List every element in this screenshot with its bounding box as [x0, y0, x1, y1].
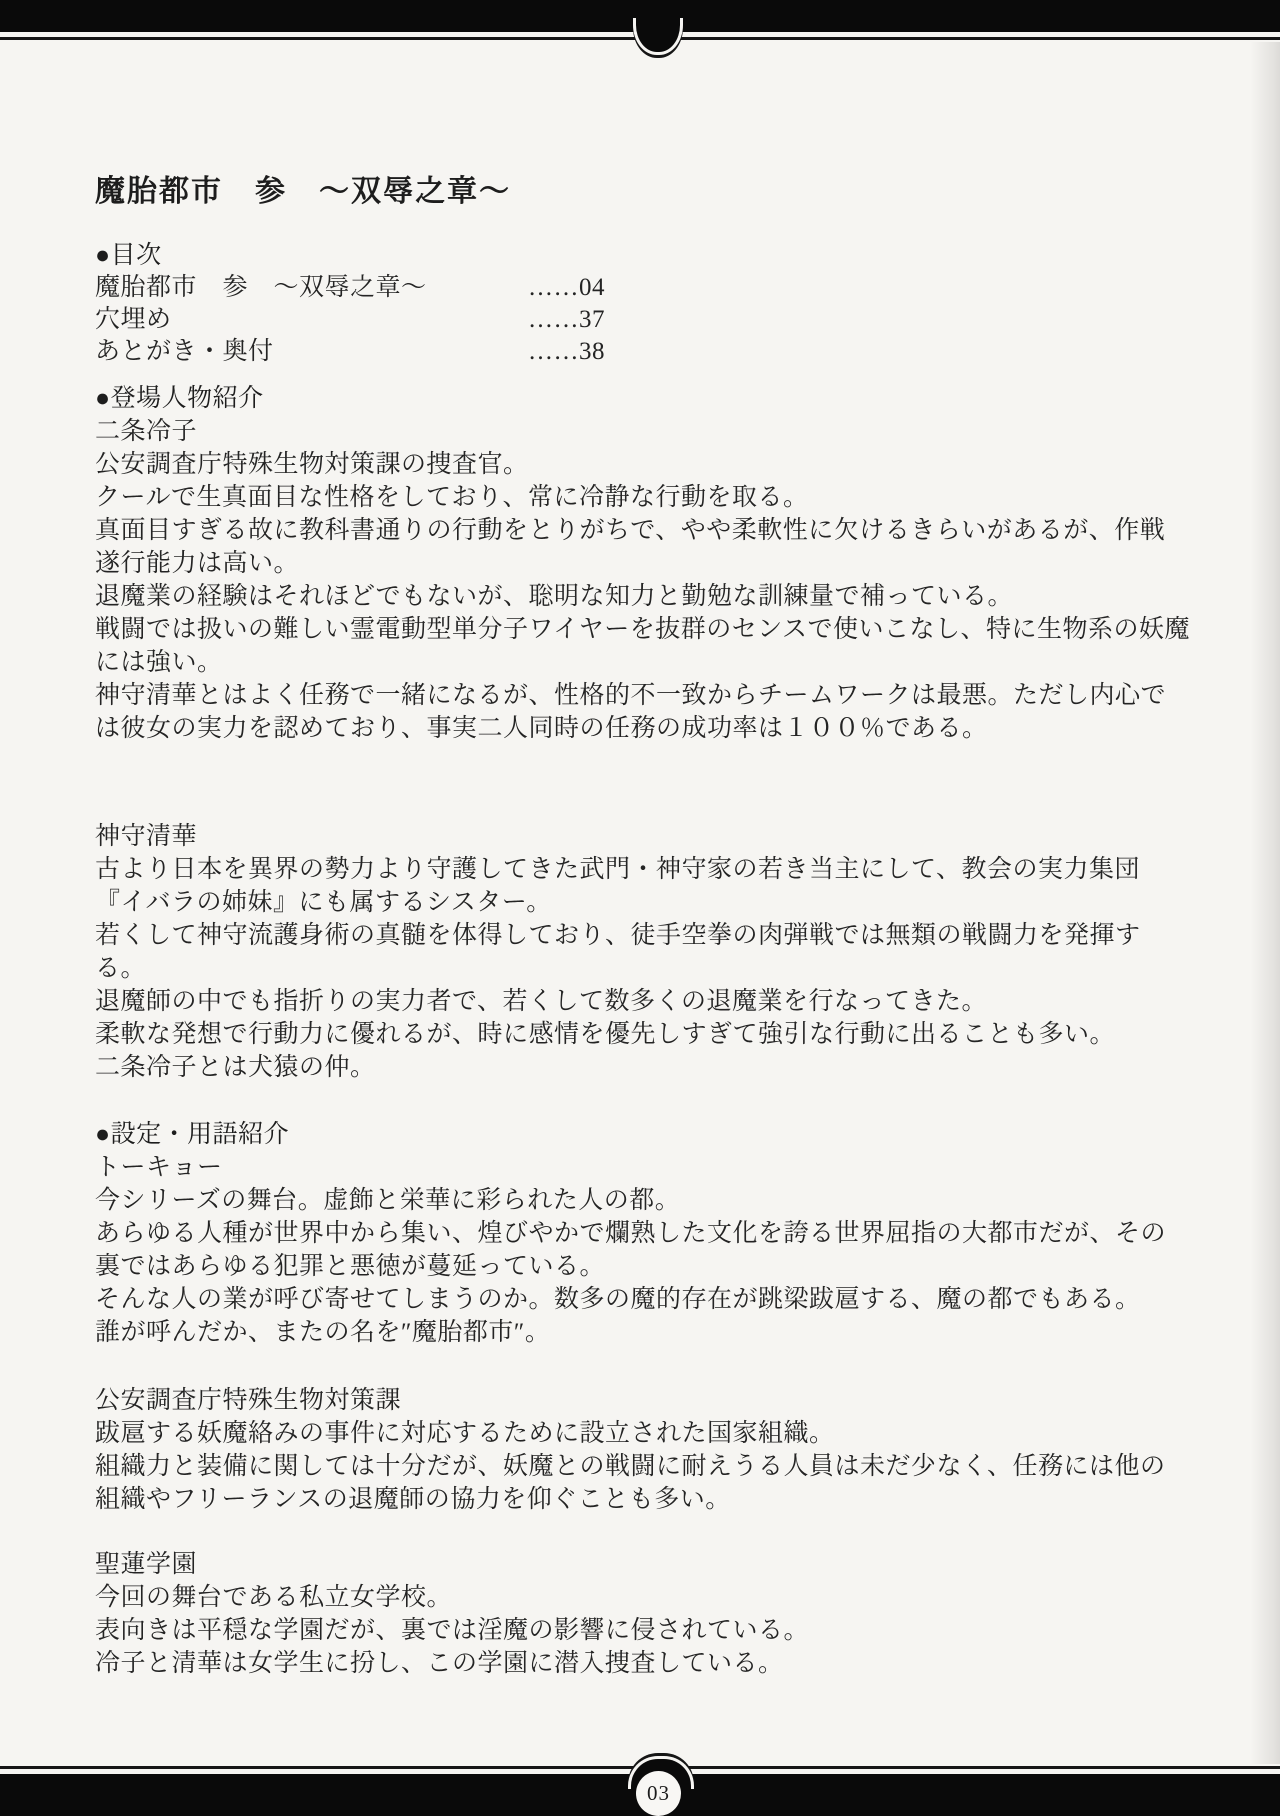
toc-page-number: 38 — [579, 338, 605, 365]
scan-edge-shadow — [1250, 42, 1280, 1764]
toc-leader-dots: …… — [528, 274, 579, 301]
toc-leader-dots: …… — [528, 338, 579, 365]
character-description: 若くして神守流護身術の真髄を体得しており、徒手空拳の肉弾戦では無類の戦闘力を発揮… — [95, 919, 1190, 985]
character-description: 戦闘では扱いの難しい霊電動型単分子ワイヤーを抜群のセンスで使いこなし、特に生物系… — [95, 613, 1190, 679]
setting-description: 跋扈する妖魔絡みの事件に対応するために設立された国家組織。 — [95, 1417, 1190, 1450]
character-intro-section: ●登場人物紹介 二条冷子 公安調査庁特殊生物対策課の捜査官。 クールで生真面目な… — [95, 382, 1190, 745]
setting-description: 今シリーズの舞台。虚飾と栄華に彩られた人の都。 — [95, 1184, 1190, 1217]
setting-description: あらゆる人種が世界中から集い、煌びやかで爛熟した文化を誇る世界屈指の大都市だが、… — [95, 1217, 1190, 1283]
setting-intro-section: 公安調査庁特殊生物対策課 跋扈する妖魔絡みの事件に対応するために設立された国家組… — [95, 1384, 1190, 1516]
toc-heading: ●目次 — [95, 240, 1190, 272]
character-description: 柔軟な発想で行動力に優れるが、時に感情を優先しすぎて強引な行動に出ることも多い。 — [95, 1018, 1190, 1051]
character-description: 神守清華とはよく任務で一緒になるが、性格的不一致からチームワークは最悪。ただし内… — [95, 679, 1190, 745]
setting-description: そんな人の業が呼び寄せてしまうのか。数多の魔的存在が跳梁跋扈する、魔の都でもある… — [95, 1283, 1190, 1316]
character-description: クールで生真面目な性格をしており、常に冷静な行動を取る。 — [95, 481, 1190, 514]
character-intro-section: 神守清華 古より日本を異界の勢力より守護してきた武門・神守家の若き当主にして、教… — [95, 820, 1190, 1084]
character-description: 退魔師の中でも指折りの実力者で、若くして数多くの退魔業を行なってきた。 — [95, 985, 1190, 1018]
setting-intro-section: 聖蓮学園 今回の舞台である私立女学校。 表向きは平穏な学園だが、裏では淫魔の影響… — [95, 1548, 1190, 1680]
scanned-document-page: { "page": { "title": "魔胎都市 参 ～双辱之章～", "p… — [0, 0, 1280, 1816]
page-number-badge: 03 — [636, 1771, 681, 1816]
toc-leader-dots: …… — [528, 306, 579, 333]
setting-term-name: 公安調査庁特殊生物対策課 — [95, 1384, 1190, 1417]
character-description: 二条冷子とは犬猿の仲。 — [95, 1051, 1190, 1084]
character-description: 真面目すぎる故に教科書通りの行動をとりがちで、やや柔軟性に欠けるきらいがあるが、… — [95, 514, 1190, 580]
toc-item-page: ……38 — [528, 336, 605, 368]
toc-page-number: 04 — [579, 274, 605, 301]
setting-term-name: トーキョー — [95, 1151, 1190, 1184]
top-border-ornament-icon — [633, 18, 683, 55]
character-description: 公安調査庁特殊生物対策課の捜査官。 — [95, 448, 1190, 481]
setting-description: 組織力と装備に関しては十分だが、妖魔との戦闘に耐えうる人員は未だ少なく、任務には… — [95, 1450, 1190, 1516]
setting-description: 今回の舞台である私立女学校。 — [95, 1581, 1190, 1614]
toc-item-page: ……37 — [528, 304, 605, 336]
toc-item-label: 穴埋め — [95, 306, 172, 333]
page-title: 魔胎都市 参 ～双辱之章～ — [95, 172, 511, 212]
table-of-contents: ●目次 魔胎都市 参 ～双辱之章～ ……04 穴埋め ……37 あとがき・奥付 … — [95, 240, 1190, 368]
toc-item-page: ……04 — [528, 272, 605, 304]
setting-description: 冷子と清華は女学生に扮し、この学園に潜入捜査している。 — [95, 1647, 1190, 1680]
character-name: 神守清華 — [95, 820, 1190, 853]
character-description: 古より日本を異界の勢力より守護してきた武門・神守家の若き当主にして、教会の実力集… — [95, 853, 1190, 919]
setting-intro-section: ●設定・用語紹介 トーキョー 今シリーズの舞台。虚飾と栄華に彩られた人の都。 あ… — [95, 1118, 1190, 1349]
setting-term-name: 聖蓮学園 — [95, 1548, 1190, 1581]
toc-item: あとがき・奥付 ……38 — [95, 336, 1190, 368]
setting-section-heading: ●設定・用語紹介 — [95, 1118, 1190, 1151]
setting-description: 誰が呼んだか、またの名を″魔胎都市″。 — [95, 1316, 1190, 1349]
toc-item: 魔胎都市 参 ～双辱之章～ ……04 — [95, 272, 1190, 304]
character-name: 二条冷子 — [95, 415, 1190, 448]
toc-item: 穴埋め ……37 — [95, 304, 1190, 336]
toc-item-label: あとがき・奥付 — [95, 338, 274, 365]
character-section-heading: ●登場人物紹介 — [95, 382, 1190, 415]
page-number: 03 — [647, 1781, 670, 1806]
toc-page-number: 37 — [579, 306, 605, 333]
toc-item-label: 魔胎都市 参 ～双辱之章～ — [95, 274, 427, 301]
character-description: 退魔業の経験はそれほどでもないが、聡明な知力と勤勉な訓練量で補っている。 — [95, 580, 1190, 613]
setting-description: 表向きは平穏な学園だが、裏では淫魔の影響に侵されている。 — [95, 1614, 1190, 1647]
